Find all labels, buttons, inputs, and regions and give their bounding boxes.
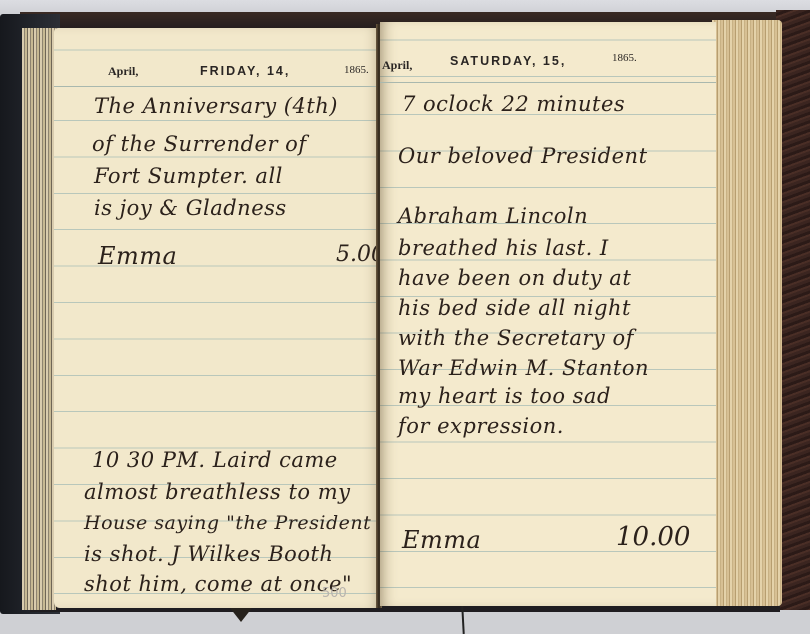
entry-line: House saying "the President	[84, 512, 371, 534]
header-rule	[380, 82, 716, 83]
header-month: April,	[108, 64, 138, 79]
diary-page-left: April, FRIDAY, 14, 1865. The Anniversary…	[54, 28, 380, 608]
header-rule	[54, 86, 380, 87]
header-day: FRIDAY, 14,	[200, 64, 290, 78]
entry-line: shot him, come at once"	[84, 572, 352, 596]
entry-line: 10 30 PM. Laird came	[92, 448, 338, 472]
book-clasp-tab	[230, 608, 252, 622]
signature-name: Emma	[98, 242, 177, 270]
entry-line: almost breathless to my	[84, 480, 350, 504]
entry-line: have been on duty at	[398, 266, 631, 290]
diary-page-right: April, SATURDAY, 15, 1865. 7 oclock 22 m…	[380, 22, 716, 606]
signature-name: Emma	[402, 526, 481, 554]
page-header-left: April, FRIDAY, 14, 1865.	[54, 64, 380, 84]
entry-line: for expression.	[398, 414, 564, 438]
entry-line: Abraham Lincoln	[398, 204, 588, 228]
entry-line: breathed his last. I	[398, 236, 609, 260]
amount: 10.00	[616, 522, 690, 552]
entry-line: Fort Sumpter. all	[94, 164, 283, 188]
entry-line: with the Secretary of	[398, 326, 634, 350]
entry-line: my heart is too sad	[398, 384, 611, 408]
page-header-right: April, SATURDAY, 15, 1865.	[380, 58, 716, 78]
pencil-note: 500	[322, 586, 347, 601]
header-day: SATURDAY, 15,	[450, 54, 566, 68]
entry-line: The Anniversary (4th)	[94, 94, 338, 118]
header-month: April,	[382, 58, 412, 73]
entry-line: is shot. J Wilkes Booth	[84, 542, 333, 566]
entry-line: 7 oclock 22 minutes	[402, 92, 625, 116]
header-year: 1865.	[612, 52, 637, 64]
entry-line: of the Surrender of	[92, 132, 307, 156]
header-year: 1865.	[344, 64, 369, 76]
page-block-left-edge	[22, 28, 56, 610]
entry-line: his bed side all night	[398, 296, 631, 320]
page-block-right-edge	[712, 20, 782, 606]
entry-line: Our beloved President	[398, 144, 648, 168]
entry-line: War Edwin M. Stanton	[398, 356, 649, 380]
entry-line: is joy & Gladness	[94, 196, 287, 220]
